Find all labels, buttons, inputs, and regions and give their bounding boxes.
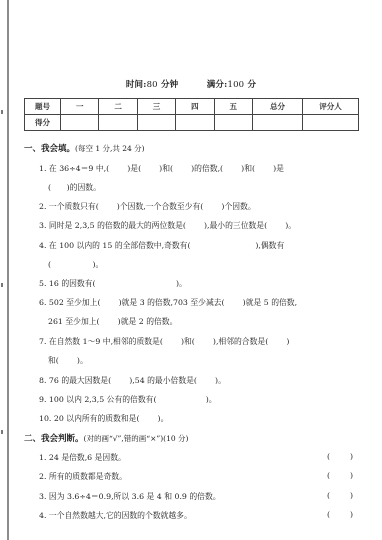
paren-open: ( [327,452,330,461]
question-line: 10. 20 以内所有的质数和是( )。 [39,413,168,424]
paren-close: ) [350,491,353,500]
time-label: 时间: [126,80,147,90]
section-2-note: (对的画“√”,错的画“×”)(10 分) [84,434,189,443]
answer-blank[interactable]: () [327,452,353,461]
paren-open: ( [327,471,330,480]
judgement-item: 4. 一个自然数越大,它的因数的个数就越多。 [39,510,192,521]
paren-close: ) [350,471,353,480]
answer-blank[interactable]: () [327,471,353,480]
section-1-heading: 一、我会填。 [24,144,75,154]
score-table-score-row: 得分 [25,115,359,131]
margin-mark [1,283,3,287]
question-line: 9. 100 以内 2,3,5 公有的倍数有( )。 [39,394,217,405]
question-line: ( )的因数。 [48,182,101,193]
question-line: 和( )。 [48,355,88,366]
time-value: 80 [147,80,158,90]
header-cell: 评分人 [303,99,359,115]
score-cell[interactable] [61,115,99,131]
header-cell: 三 [137,99,175,115]
header-cell: 一 [61,99,99,115]
section-2-heading: 二、我会判断。 [24,434,84,444]
paren-close: ) [350,510,353,519]
question-line: 8. 76 的最大因数是( ),54 的最小倍数是( )。 [39,375,226,386]
row-label: 得分 [25,115,61,131]
header-cell: 题号 [25,99,61,115]
answer-blank[interactable]: () [327,510,353,519]
question-line: ( )。 [48,259,103,270]
question-line: 261 至少加上( )就是 2 的倍数。 [48,316,177,327]
question-line: 5. 16 的因数有( )。 [39,278,187,289]
paren-close: ) [350,452,353,461]
score-cell[interactable] [99,115,137,131]
score-cell[interactable] [137,115,175,131]
judgement-item: 2. 所有的质数都是奇数。 [39,471,127,482]
header-cell: 五 [214,99,252,115]
score-table: 题号 一 二 三 四 五 总分 评分人 得分 [24,98,359,131]
answer-blank[interactable]: () [327,491,353,500]
question-line: 3. 同时是 2,3,5 的倍数的最大的两位数是( ),最小的三位数是( )。 [39,220,296,231]
question-line: 7. 在自然数 1～9 中,相邻的质数是( )和( ),相邻的合数是( ) [39,336,289,347]
score-cell[interactable] [176,115,214,131]
score-value: 100 [227,80,244,90]
header-cell: 二 [99,99,137,115]
judgement-item: 3. 因为 3.6÷4＝0.9,所以 3.6 是 4 和 0.9 的倍数。 [39,491,221,502]
score-cell[interactable] [214,115,252,131]
question-line: 2. 一个质数只有( )个因数,一个合数至少有( )个因数。 [39,201,256,212]
paren-open: ( [327,491,330,500]
score-cell[interactable] [253,115,303,131]
section-2-title: 二、我会判断。(对的画“√”,错的画“×”)(10 分) [24,432,188,444]
score-unit: 分 [247,80,256,90]
score-label: 满分: [207,80,228,90]
question-line: 6. 502 至少加上( )就是 3 的倍数,703 至少减去( )就是 5 的… [39,297,297,308]
score-cell[interactable] [303,115,359,131]
judgement-item: 1. 24 是倍数,6 是因数。 [39,452,126,463]
question-line: 4. 在 100 以内的 15 的全部倍数中,奇数有( ),偶数有 [39,240,284,251]
question-line: 1. 在 36÷4＝9 中,( )是( )和( )的倍数,( )和( )是 [39,163,284,174]
section-1-title: 一、我会填。(每空 1 分,共 24 分) [24,142,145,154]
header-cell: 四 [176,99,214,115]
time-unit: 分钟 [161,80,178,90]
paren-open: ( [327,510,330,519]
exam-header: 时间:80 分钟 满分:100 分 [0,78,382,90]
margin-mark [1,430,3,434]
header-cell: 总分 [253,99,303,115]
section-1-note: (每空 1 分,共 24 分) [75,144,145,153]
margin-mark [1,110,3,114]
score-table-header-row: 题号 一 二 三 四 五 总分 评分人 [25,99,359,115]
